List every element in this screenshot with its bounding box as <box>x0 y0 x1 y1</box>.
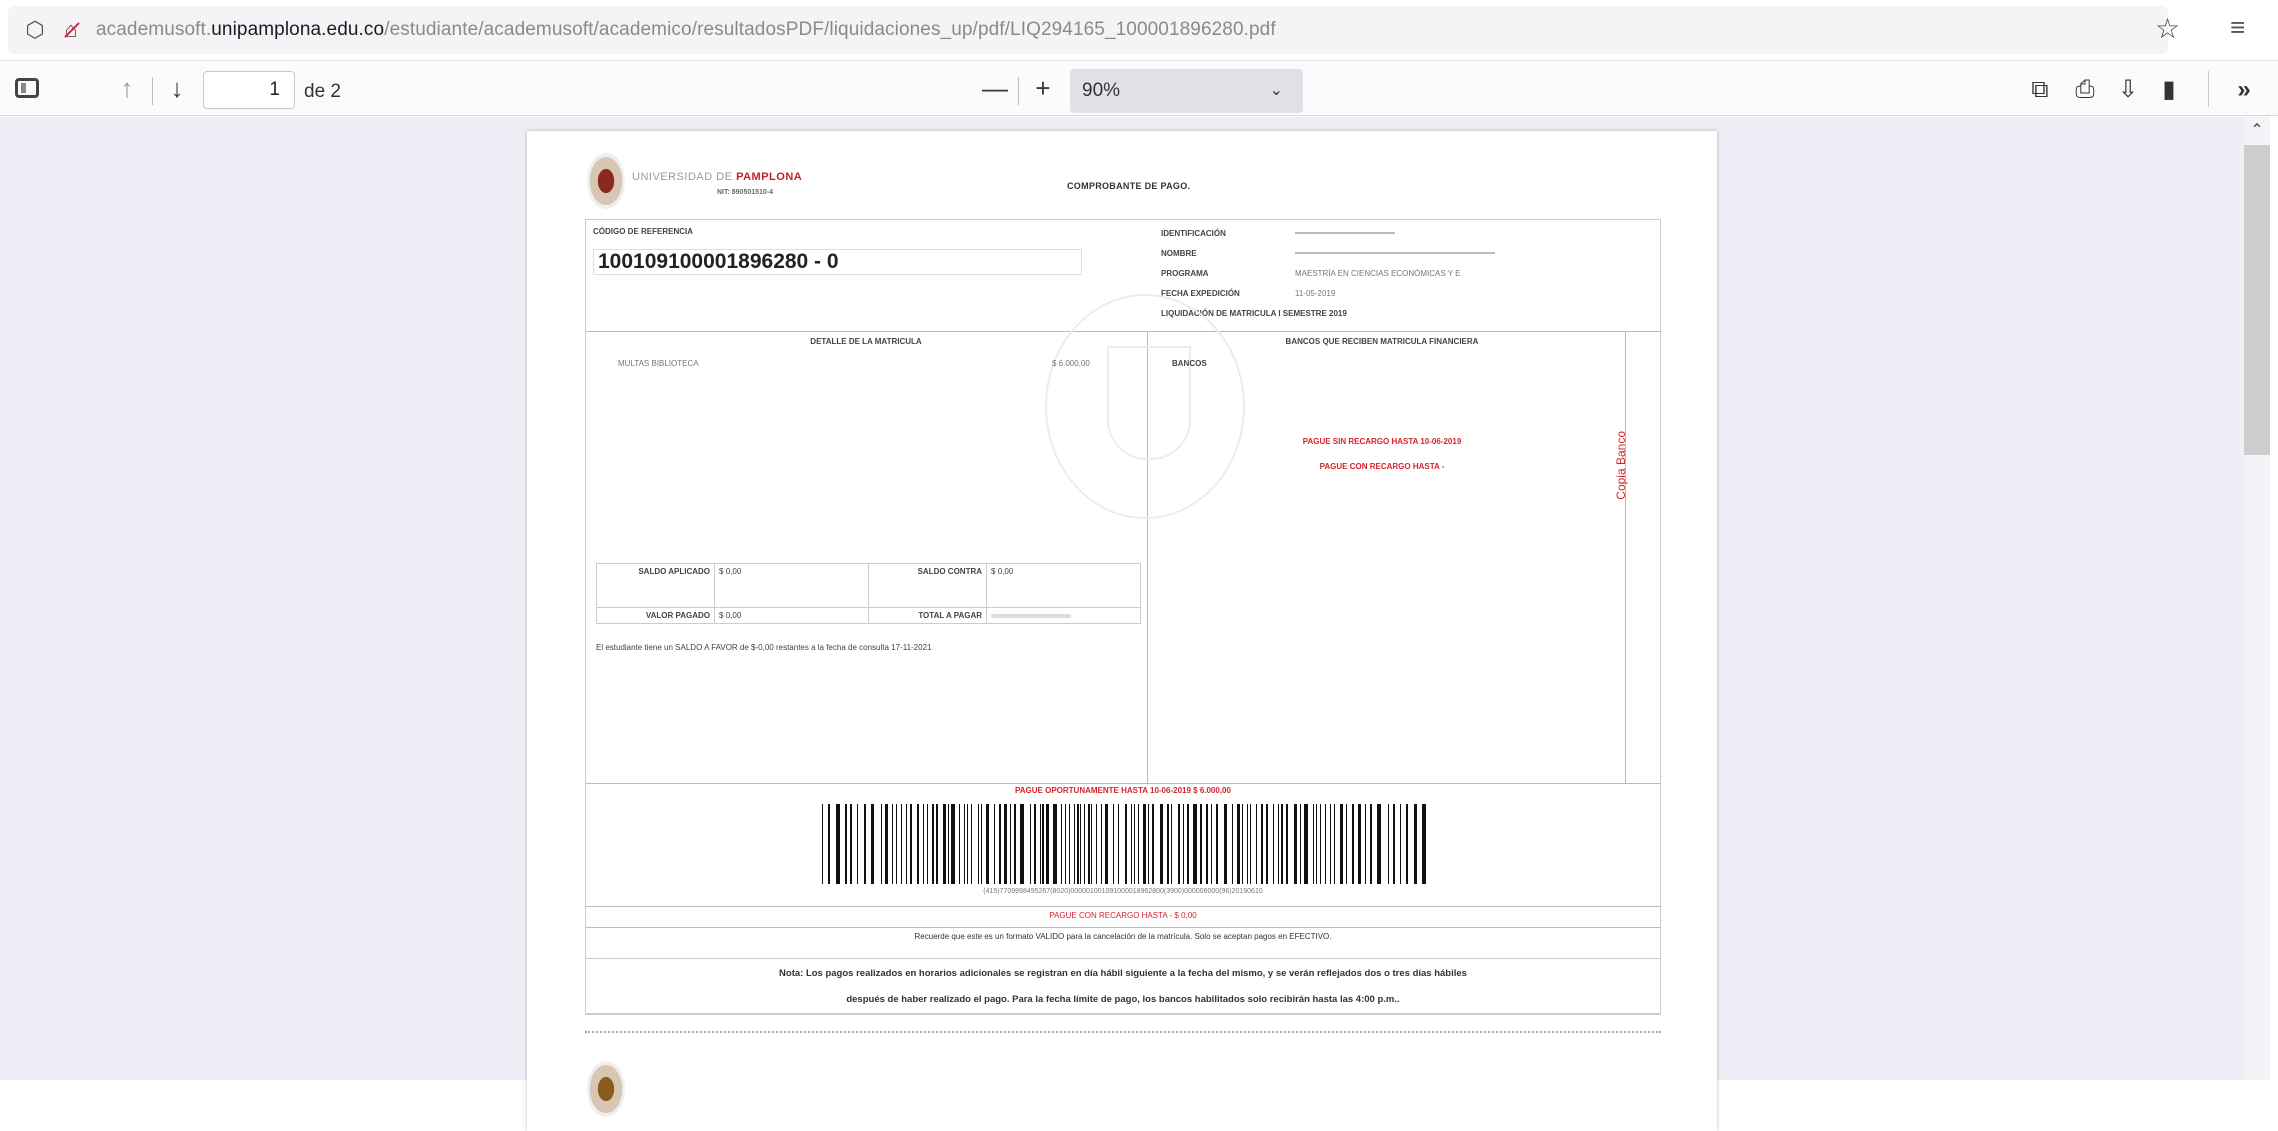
pague-oportunamente: PAGUE OPORTUNAMENTE HASTA 10-06-2019 $ 6… <box>585 786 1661 795</box>
window-edge <box>2270 117 2278 1080</box>
payment-note-line-2: después de haber realizado el pago. Para… <box>586 987 1660 1013</box>
nombre-label: NOMBRE <box>1161 249 1295 258</box>
scroll-up-icon[interactable]: ⌃ <box>2244 117 2270 145</box>
pdf-toolbar: ↑ ↓ 1 de 2 — + 90%⌄ ⧉ ⎙ ⇩ ▮ » <box>0 60 2278 116</box>
saldo-aplicado-label: SALDO APLICADO <box>597 564 715 608</box>
tools-menu-button[interactable]: » <box>2228 75 2260 105</box>
programa-label: PROGRAMA <box>1161 269 1295 278</box>
balance-table: SALDO APLICADO $ 0,00 SALDO CONTRA $ 0,0… <box>596 563 1141 624</box>
university-name: UNIVERSIDAD DE PAMPLONA <box>632 171 802 183</box>
recargo-line: PAGUE CON RECARGO HASTA - $ 0,00 <box>585 911 1661 920</box>
divider <box>152 77 153 105</box>
detalle-item-amount: $ 6.000,00 <box>1052 359 1090 368</box>
total-label: TOTAL A PAGAR <box>868 608 986 624</box>
document-title: COMPROBANTE DE PAGO. <box>1067 181 1190 191</box>
barcode-text: (415)7709998495267(8020)0000010010910000… <box>585 888 1661 895</box>
arrow-up-icon: ↑ <box>121 73 134 104</box>
zoom-value: 90% <box>1082 80 1120 101</box>
university-crest-logo <box>587 153 625 209</box>
detalle-item-concept: MULTAS BIBLIOTECA <box>618 359 699 368</box>
reference-value: 100109100001896280 - 0 <box>593 249 1082 275</box>
previous-page-button[interactable]: ↑ <box>112 71 142 105</box>
divider <box>585 906 1661 907</box>
bancos-title: BANCOS QUE RECIBEN MATRICULA FINANCIERA <box>1147 337 1617 346</box>
plus-icon: + <box>1035 73 1050 104</box>
page-count-label: de 2 <box>304 81 341 103</box>
redacted-value <box>1295 252 1495 254</box>
saldo-contra-label: SALDO CONTRA <box>868 564 986 608</box>
barcode <box>822 804 1427 884</box>
print-icon: ⎙ <box>2075 76 2094 103</box>
redacted-value <box>1295 232 1395 234</box>
saldo-note: El estudiante tiene un SALDO A FAVOR de … <box>596 643 931 652</box>
divider <box>1018 77 1019 105</box>
shield-icon[interactable]: ⬡ <box>24 19 46 41</box>
insecure-lock-icon[interactable]: ⌂ <box>60 19 82 41</box>
payment-note-line-1: Nota: Los pagos realizados en horarios a… <box>586 961 1660 987</box>
url-text[interactable]: academusoft.unipamplona.edu.co/estudiant… <box>96 19 1276 41</box>
print-button[interactable]: ⎙ <box>2069 75 2101 105</box>
sidebar-toggle-icon <box>15 78 39 98</box>
double-chevron-icon: » <box>2237 76 2250 103</box>
fecha-label: FECHA EXPEDICIÓN <box>1161 289 1295 298</box>
presentation-mode-icon: ⧉ <box>2031 76 2048 103</box>
university-nit: NIT: 890501510-4 <box>717 189 773 196</box>
save-button[interactable]: ⇩ <box>2112 75 2144 105</box>
cut-line <box>585 1031 1661 1034</box>
save-icon: ⇩ <box>2118 76 2138 103</box>
payment-note: Nota: Los pagos realizados en horarios a… <box>585 958 1661 1014</box>
university-crest-logo <box>587 1061 625 1080</box>
copia-banco-label: Copia Banco <box>1614 431 1634 500</box>
valor-pagado-value: $ 0,00 <box>715 608 869 624</box>
bancos-label: BANCOS <box>1172 359 1207 368</box>
reference-label: CÓDIGO DE REFERENCIA <box>593 227 693 236</box>
url-field[interactable]: ⬡ ⌂ academusoft.unipamplona.edu.co/estud… <box>8 6 2168 54</box>
programa-value: MAESTRÍA EN CIENCIAS ECONÓMICAS Y E <box>1295 269 1461 278</box>
next-page-button[interactable]: ↓ <box>162 71 192 105</box>
valid-format-note: Recuerde que este es un formato VALIDO p… <box>585 932 1661 941</box>
crest-watermark <box>1045 294 1245 519</box>
divider <box>1625 331 1626 783</box>
detalle-title: DETALLE DE LA MATRICULA <box>585 337 1147 346</box>
divider <box>585 927 1661 928</box>
page-number-input[interactable]: 1 <box>203 71 295 109</box>
pague-con-recargo: PAGUE CON RECARGO HASTA - <box>1147 462 1617 471</box>
zoom-out-button[interactable]: — <box>980 71 1010 105</box>
chevron-down-icon: ⌄ <box>1270 69 1283 113</box>
hamburger-menu-icon[interactable]: ≡ <box>2230 12 2245 43</box>
bookmark-icon: ▮ <box>2162 76 2175 103</box>
zoom-in-button[interactable]: + <box>1028 71 1058 105</box>
pdf-page: UNIVERSIDAD DE PAMPLONA NIT: 890501510-4… <box>527 131 1717 1080</box>
identificacion-label: IDENTIFICACIÓN <box>1161 229 1295 238</box>
address-bar-container: ⬡ ⌂ academusoft.unipamplona.edu.co/estud… <box>0 0 2278 58</box>
saldo-aplicado-value: $ 0,00 <box>715 564 869 608</box>
scrollbar-thumb[interactable] <box>2244 145 2270 455</box>
total-value-redacted <box>987 608 1141 624</box>
saldo-contra-value: $ 0,00 <box>987 564 1141 608</box>
bookmark-button[interactable]: ▮ <box>2153 75 2185 105</box>
presentation-mode-button[interactable]: ⧉ <box>2024 75 2056 105</box>
minus-icon: — <box>982 73 1008 104</box>
fecha-value: 11-05-2019 <box>1295 289 1335 298</box>
bookmark-star-icon[interactable]: ☆ <box>2155 12 2180 45</box>
divider <box>2208 71 2209 107</box>
sidebar-toggle-button[interactable] <box>12 71 42 105</box>
valor-pagado-label: VALOR PAGADO <box>597 608 715 624</box>
zoom-select[interactable]: 90%⌄ <box>1070 69 1303 113</box>
divider <box>585 783 1661 784</box>
student-info: IDENTIFICACIÓN NOMBRE PROGRAMAMAESTRÍA E… <box>1161 223 1495 323</box>
arrow-down-icon: ↓ <box>171 73 184 104</box>
pague-sin-recargo: PAGUE SIN RECARGO HASTA 10-06-2019 <box>1147 437 1617 446</box>
